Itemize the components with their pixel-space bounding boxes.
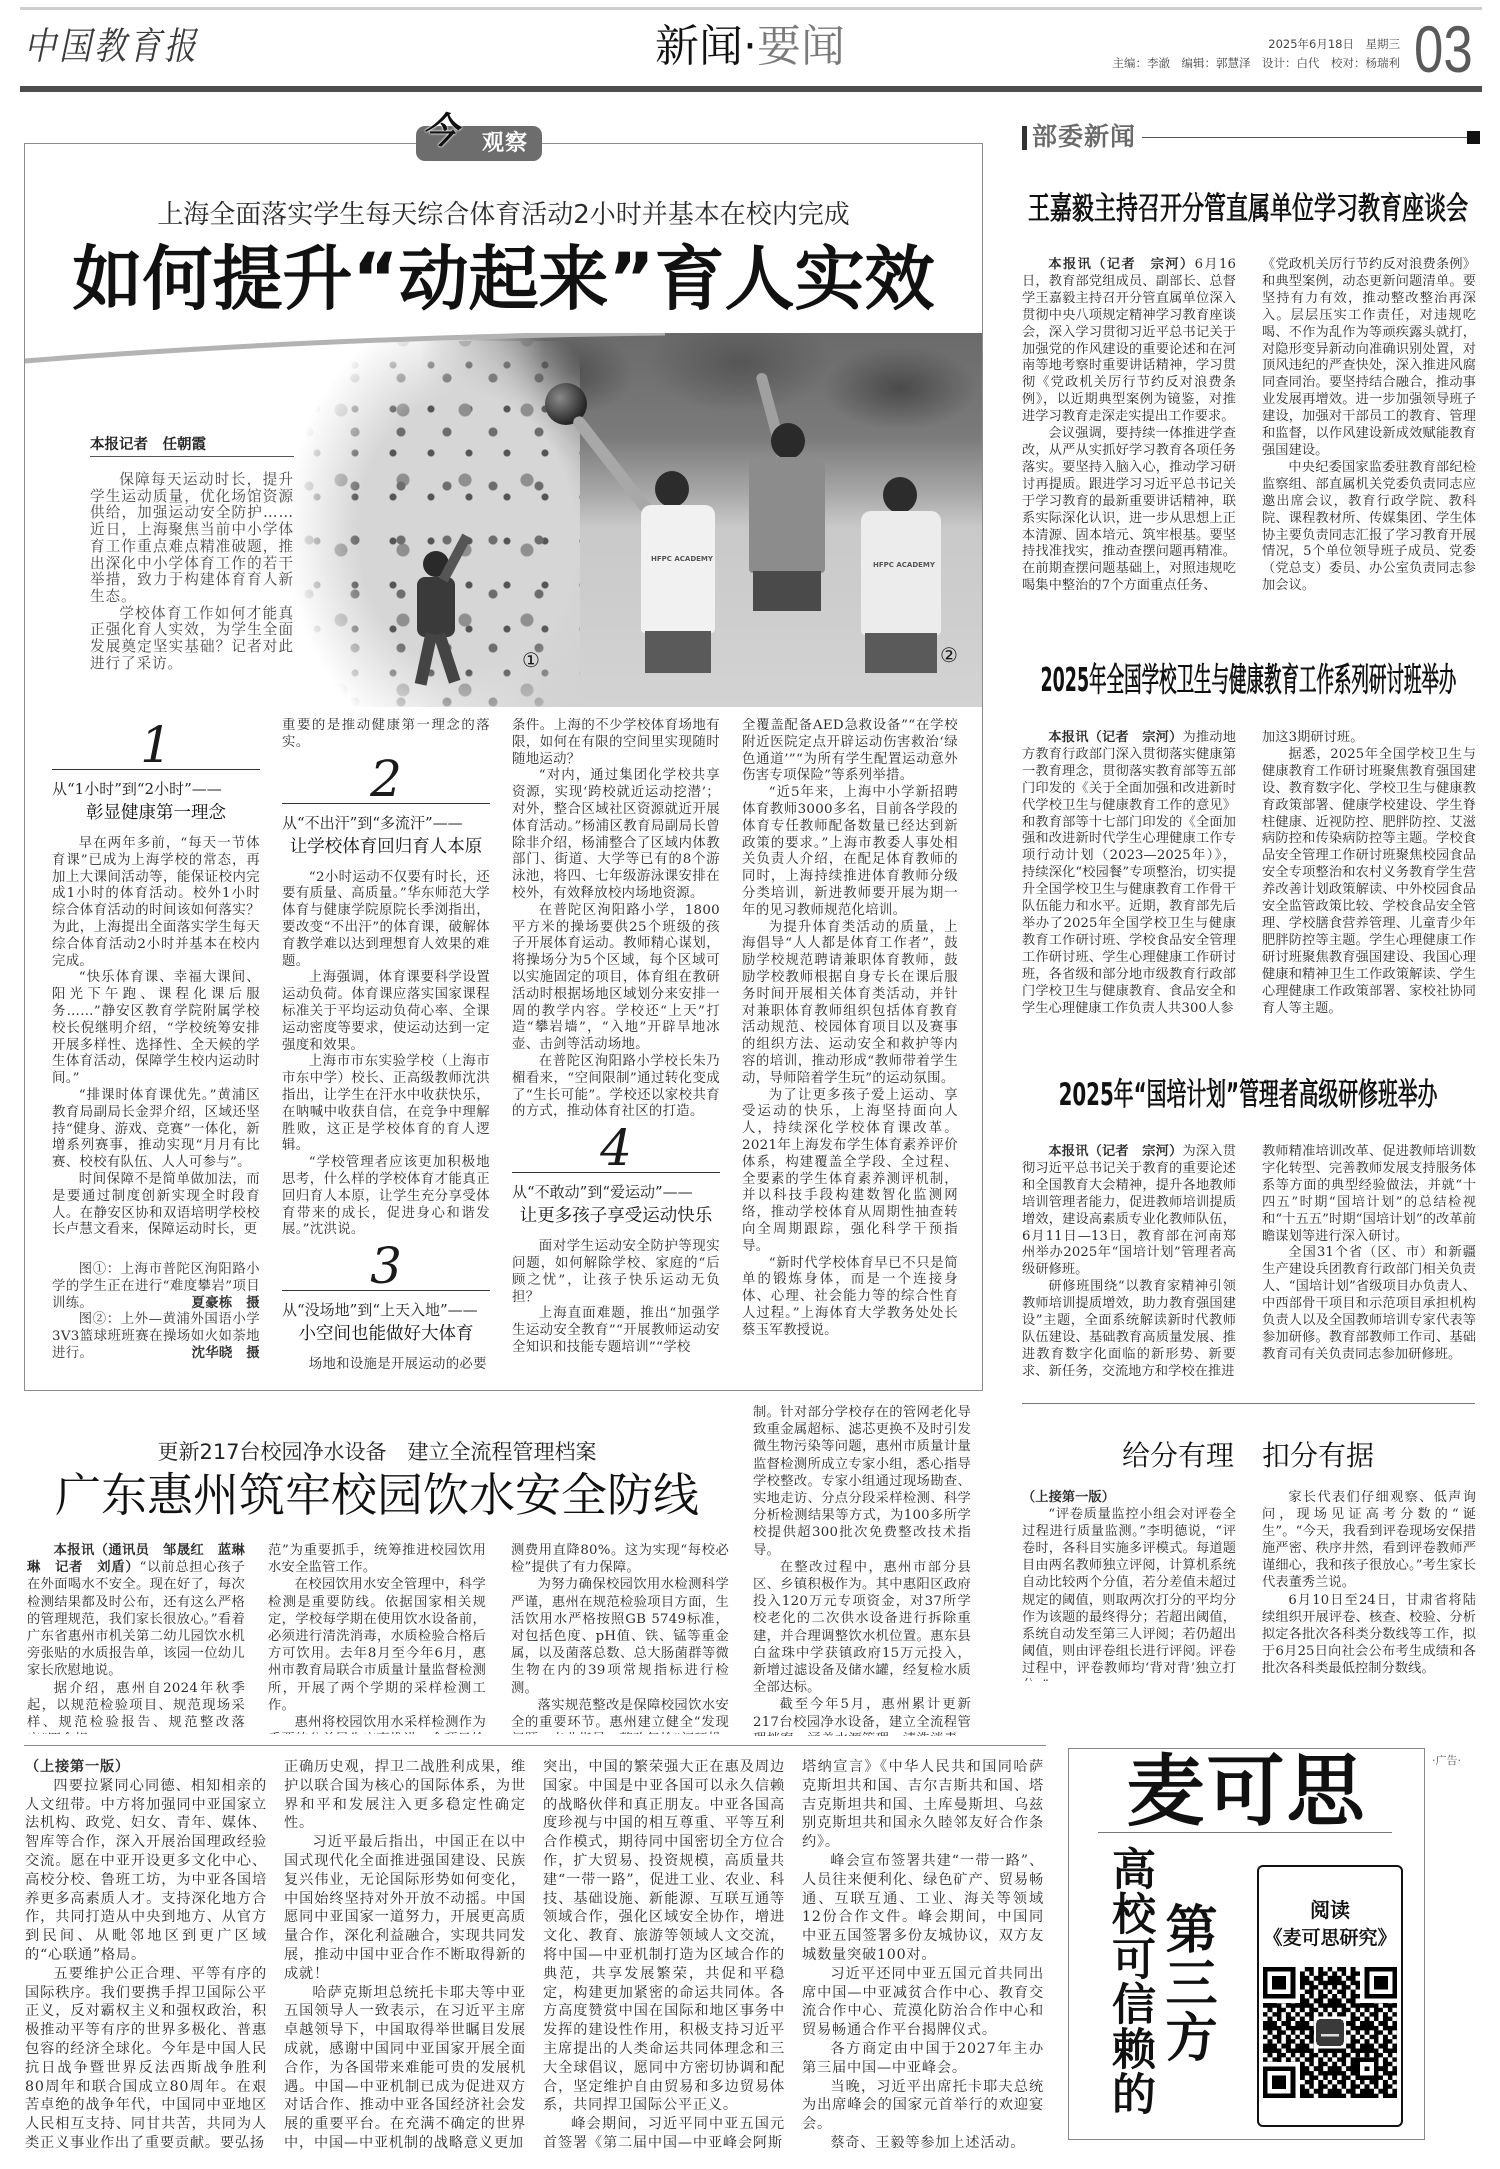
paragraph-continued-text: 测费用直降80%。这为实现“每校必检”提供了有力保障。 [511,1543,729,1575]
page-number: 03 [1414,14,1473,84]
section-square-icon [1467,131,1480,144]
paragraph-text: 6月16日，教育部党组成员、副部长、总督学王嘉毅主持召开分管直属单位深入贯彻中央… [1022,257,1236,424]
paragraph-text: “新时代学校体育早已不只是简单的锻炼身体，而是一个连接身体、心理、社会能力等的综… [742,1256,958,1338]
section-kicker-text: 从“不敢动”到“爱运动”—— [512,1183,693,1201]
paragraph: 惠州将校园饮用水采样检测作为重要的公益民生实事推进，全项目检 [268,1714,486,1734]
issue-date: 2025年6月18日 星期三 [1268,37,1400,51]
feature-column-1: 1从“1小时”到“2小时”——彰显健康第一理念早在两年多前，“每天一节体育课”已… [52,718,260,1258]
student-shorts [753,571,821,611]
student-head [771,423,805,459]
paragraph: 会议强调，要持续一体推进学查改，从严从实抓好学习教育各项任务落实。要坚持入脑入心… [1022,426,1236,595]
paragraph: “近5年来，上海中小学新招聘体育教师3000多名，目前各学段的体育专任教师配备数… [742,785,958,919]
paragraph-text: 会议强调，要持续一体推进学查改，从严从实抓好学习教育各项任务落实。要坚持入脑入心… [1022,426,1236,593]
paragraph-text: 当晚，习近平出席托卡耶夫总统为出席峰会的国家元首举行的欢迎宴会。 [802,2079,1044,2133]
dateline: 本报讯（记者 宗河）为推动地方教育行政部门深入贯彻落实健康第一教育理念，贯彻落实… [1022,730,1236,1017]
paragraph-continued-text: 教师精准培训改革、促进教师培训数字化转型、完善教师发展支持服务体系等方面的典型经… [1262,1144,1476,1244]
paragraph: 据悉，2025年全国学校卫生与健康教育工作研讨班聚焦教育强国建设、教育数字化、学… [1262,747,1476,1018]
paragraph: 在普陀区洵阳路小学，1800平方米的操场要供25个班级的孩子开展体育运动。教师精… [512,903,720,1054]
article-title-wrap: 给分有理 扣分有据 [748,1440,1500,1476]
paragraph: 时间保障不是简单做加法，而是要通过制度创新实现全时段育人。在静安区协和双语培明学… [52,1172,260,1239]
paragraph: 保障每天运动时长，提升学生运动质量，优化场馆资源供给，加强运动安全防护……近日，… [90,472,294,606]
section-number: 4 [512,1123,720,1173]
article-column: 本报讯（记者 宗河）为深入贯彻习近平总书记关于教育的重要论述和全国教育大会精神，… [1022,1144,1236,1384]
summit-column-4: 塔纳宣言》《中华人民共和国同哈萨克斯坦共和国、吉尔吉斯共和国、塔吉克斯坦共和国、… [802,1758,1044,2160]
paragraph-continued-text: 突出，中国的繁荣强大正在惠及周边国家。中国是中亚各国可以永久信赖的战略伙伴和真正… [543,1759,785,2113]
dateline-text: 本报讯（记者 宗河） [1048,257,1194,272]
feature-lead: 保障每天运动时长，提升学生运动质量，优化场馆资源供给，加强运动安全防护……近日，… [90,472,294,672]
section-number: 3 [282,1241,490,1291]
paragraph-text: “快乐体育课、幸福大课间、阳光下午跑、课程化课后服务……”静安区教育学院附属学校… [52,970,260,1086]
section-heading: 小空间也能做好大体育 [282,1321,490,1347]
paragraph: 上海市市东实验学校（上海市市东中学）校长、正高级教师沈洪指出，让学生在汗水中收获… [282,1054,490,1155]
divider [1022,1403,1475,1404]
paragraph: “快乐体育课、幸福大课间、阳光下午跑、课程化课后服务……”静安区教育学院附属学校… [52,970,260,1088]
paragraph-text: 截至今年5月，惠州累计更新217台校园净水设备，建立全流程管理档案，涵盖水源管理… [753,1697,971,1736]
dateline-text: 本报讯（记者 宗河） [1048,730,1182,745]
paragraph-continued-text: 重要的是推动健康第一理念的落实。 [282,718,490,750]
article-column: 加这3期研讨班。据悉，2025年全国学校卫生与健康教育工作研讨班聚焦教育强国建设… [1262,730,1476,1020]
editorial-staff: 主编：李澈 编辑：郭慧泽 设计：白代 校对：杨瑞利 [1113,56,1401,70]
paragraph-text: “近5年来，上海中小学新招聘体育教师3000多名，目前各学段的体育专任教师配备数… [742,785,958,918]
paragraph-text: 上海市市东实验学校（上海市市东中学）校长、正高级教师沈洪指出，让学生在汗水中收获… [282,1054,490,1153]
paragraph: 截至今年5月，惠州累计更新217台校园净水设备，建立全流程管理档案，涵盖水源管理… [753,1696,971,1736]
huizhou-column-2: 范”为重要抓手，统筹推进校园饮用水安全监管工作。在校园饮用水安全管理中，科学检测… [268,1542,486,1734]
feature-headline: 如何提升“动起来”育人实效 [24,240,983,318]
section-heading: 彰显健康第一理念 [52,800,260,826]
paragraph-continued: 《党政机关厉行节约反对浪费条例》和典型案例，动态更新问题清单。要坚持有力有效，推… [1262,257,1476,460]
student-head [655,471,689,507]
jersey-text: HFPC ACADEMY [873,561,935,569]
paragraph-text: 四要拉紧同心同德、相知相亲的人文纽带。中方将加强同中亚国家立法机构、政党、妇女、… [25,1778,267,1963]
paragraph-text: 据介绍，惠州自2024年秋季起，以规范检验项目、规范现场采样、规范检验报告、规范… [27,1681,245,1734]
climber-body [417,577,455,637]
article-title-wrap: 王嘉毅主持召开分管直属单位学习教育座谈会 [748,191,1500,232]
paragraph: “评卷质量监控小组会对评卷全过程进行质量监测。”李明德说，“评卷时，各科目实施多… [1022,1506,1236,1681]
paragraph-text: 上海强调，体育课要科学设置运动负荷。体育课应落实国家课程标准关于平均运动负荷心率… [282,970,490,1052]
jersey-text: HFPC ACADEMY [651,555,713,563]
paragraph-continued-text: 正确历史观，捍卫二战胜利成果，维护以联合国为核心的国际体系，为世界和平和发展注入… [284,1759,526,1831]
ad-tagline-vertical: 第三方 [1158,1902,1214,2064]
section-kicker: 从“1小时”到“2小时”—— [52,778,260,800]
paragraph: 为努力确保校园饮用水检测科学严谨，惠州在规范检验项目方面，生活饮用水严格按照GB… [511,1576,729,1696]
dateline: 本报讯（记者 宗河）6月16日，教育部党组成员、副部长、总督学王嘉毅主持召开分管… [1022,257,1236,426]
dateline-text: 本报讯（记者 宗河） [1048,1144,1182,1159]
paragraph-text: “对内，通过集团化学校共享资源，实现‘跨校就近运动挖潜’；对外，整合区域社区资源… [512,768,720,901]
paragraph: 蔡奇、王毅等参加上述活动。 [802,2134,1044,2153]
section-heading-text: 小空间也能做好大体育 [299,1324,474,1344]
qr-publication: 《麦可思研究》 [1259,1926,1401,1950]
paragraph-text: 在整改过程中，惠州市部分县区、乡镇积极作为。其中惠阳区政府投入120万元专项资金… [753,1560,971,1695]
divider [24,1745,1046,1746]
huizhou-headline: 广东惠州筑牢校园饮水安全防线 [27,1468,727,1522]
section-kicker: 从“不出汗”到“多流汗”—— [282,812,490,834]
summit-column-3: 突出，中国的繁荣强大正在惠及周边国家。中国是中亚各国可以永久信赖的战略伙伴和真正… [543,1758,785,2160]
photo-1-marker: ① [522,649,540,671]
article-title-wrap: 2025年“国培计划”管理者高级研修班举办 [748,1077,1500,1118]
masthead-top-rule [20,7,1482,10]
paragraph-text: 习近平还同中亚五国元首共同出席中国—中亚减贫合作中心、教育交流合作中心、荒漠化防… [802,1966,1044,2038]
qr-title: 阅读 [1259,1898,1401,1922]
section-number-text: 4 [600,1119,632,1177]
section-heading-text: 让学校体育回归育人本原 [290,837,483,857]
section-kicker-text: 从“没场地”到“上天入地”—— [282,1301,478,1319]
ad-tagline-vertical: 高校可信赖的 [1105,1846,1153,2116]
paragraph-text: 6月10日至24日，甘肃省将陆续组织开展评卷、核查、校验、分析拟定各批次各科类分… [1262,1593,1476,1676]
section-number-text: 2 [370,750,402,808]
section-primary: 新闻 [655,21,743,72]
ad-divider [1098,1832,1392,1833]
paragraph-text: 峰会期间，习近平同中亚五国元首签署《第二届中国—中亚峰会阿斯 [543,2116,785,2151]
section-heading-text: 让更多孩子享受运动快乐 [520,1206,713,1226]
continuation-note-text: （上接第一版） [25,1759,130,1775]
masthead-bottom-rule [20,86,1482,92]
paragraph-text: 哈萨克斯坦总统托卡耶夫等中亚五国领导人一致表示，在习近平主席卓越领导下，中国取得… [284,1985,526,2151]
paragraph: 上海直面难题，推出“加强学生运动安全教育”“开展教师运动安全知识和技能专题培训”… [512,1306,720,1356]
paragraph-continued: 测费用直降80%。这为实现“每校必检”提供了有力保障。 [511,1542,729,1576]
article-column: 教师精准培训改革、促进教师培训数字化转型、完善教师发展支持服务体系等方面的典型经… [1262,1144,1476,1384]
paragraph-continued: 正确历史观，捍卫二战胜利成果，维护以联合国为核心的国际体系，为世界和平和发展注入… [284,1758,526,1833]
student-jersey [861,511,941,635]
paragraph: 研修班围绕“以教育家精神引领教师培训提质增效，助力教育强国建设”主题，全面系统解… [1022,1279,1236,1380]
section-heading-text: 彰显健康第一理念 [86,803,226,823]
section-separator-dot: · [743,21,757,72]
huizhou-column-1: 本报讯（通讯员 邹晟红 蓝琳琳 记者 刘盾）“以前总担心孩子在外面喝水不安全。现… [27,1542,245,1734]
paragraph: 面对学生运动安全防护等现实问题，如何解除学校、家庭的“后顾之忧”，让孩子快乐运动… [512,1239,720,1306]
paragraph-text: 保障每天运动时长，提升学生运动质量，优化场馆资源供给，加强运动安全防护……近日，… [90,471,294,605]
paragraph-text: 落实规范整改是保障校园饮水安全的重要环节。惠州建立健全“发现问题—专业指导—整改… [511,1698,729,1734]
paragraph: “排课时体育课优先。”黄浦区教育局副局长金羿介绍，区域还坚持“健身、游戏、竞赛”… [52,1088,260,1172]
scoring-headline: 给分有理 扣分有据 [1122,1440,1374,1472]
paragraph: 习近平最后指出，中国正在以中国式现代化全面推进强国建设、民族复兴伟业，无论国际形… [284,1833,526,1983]
paragraph-continued-text: 条件。上海的不少学校体育场地有限，如何在有限的空间里实现随时随地运动？ [512,718,720,767]
article-column: 本报讯（记者 宗河）为推动地方教育行政部门深入贯彻落实健康第一教育理念，贯彻落实… [1022,730,1236,1020]
section-number: 1 [52,720,260,770]
ad-label: ·广告· [1432,1754,1461,1767]
paragraph: 为提升体育类活动的质量，上海倡导“人人都是体育工作者”，鼓励学校规范聘请兼职体育… [742,920,958,1088]
section-label: 部委新闻 [1032,122,1136,152]
paragraph: 落实规范整改是保障校园饮水安全的重要环节。惠州建立健全“发现问题—专业指导—整改… [511,1697,729,1734]
paragraph: 四要拉紧同心同德、相知相亲的人文纽带。中方将加强同中亚国家立法机构、政党、妇女、… [25,1777,267,1965]
tag-glyph-icon: 今 [422,111,458,151]
paragraph: 当晚，习近平出席托卡耶夫总统为出席峰会的国家元首举行的欢迎宴会。 [802,2078,1044,2134]
paragraph: “2小时运动不仅要有时长，还要有质量、高质量。”华东师范大学体育与健康学院原院长… [282,870,490,971]
photo-credit-text: 沈华晓 摄 [192,1346,260,1361]
ad-brand: 麦可思 [1068,1750,1425,1834]
paragraph: 全国31个省（区、市）和新疆生产建设兵团教育行政部门相关负责人、“国培计划”省级… [1262,1245,1476,1363]
paragraph: “新时代学校体育早已不只是简单的锻炼身体，而是一个连接身体、心理、社会能力等的综… [742,1256,958,1340]
paragraph: 家长代表们仔细观察、低声询问，现场见证高考分数的“诞生”。“今天，我看到评卷现场… [1262,1489,1476,1592]
summit-column-1: （上接第一版）四要拉紧同心同德、相知相亲的人文纽带。中方将加强同中亚国家立法机构… [25,1758,267,2160]
newspaper-logo: 中国教育报 [24,20,199,72]
section-rule [1142,137,1468,138]
paragraph-continued: 重要的是推动健康第一理念的落实。 [282,718,490,752]
student-shorts [645,631,711,673]
paragraph: 早在两年多前，“每天一节体育课”已成为上海学校的常态，再加上大课间活动等，能保证… [52,836,260,970]
paragraph-text: 为深入贯彻习近平总书记关于教育的重要论述和全国教育大会精神，提升各地教师培训管理… [1022,1144,1236,1277]
paragraph-continued-text: 全覆盖配备AED急救设备”“在学校附近医院定点开辟运动伤害救治‘绿色通道’”“为… [742,718,958,783]
section-kicker-text: 从“不出汗”到“多流汗”—— [282,814,463,832]
paragraph-text: 上海直面难题，推出“加强学生运动安全教育”“开展教师运动安全知识和技能专题培训”… [512,1306,720,1355]
paragraph-continued-text: 制。针对部分学校存在的管网老化导致重金属超标、滤芯更换不及时引发微生物污染等问题… [753,1405,971,1558]
paragraph: 中央纪委国家监委驻教育部纪检监察组、部直属机关党委负责同志应邀出席会议，教育行政… [1262,460,1476,595]
paragraph: 峰会期间，习近平同中亚五国元首签署《第二届中国—中亚峰会阿斯 [543,2115,785,2153]
photo-swoosh-decoration [25,333,982,373]
paragraph-text: 为努力确保校园饮用水检测科学严谨，惠州在规范检验项目方面，生活饮用水严格按照GB… [511,1577,729,1695]
paragraph-text: 习近平最后指出，中国正在以中国式现代化全面推进强国建设、民族复兴伟业，无论国际形… [284,1834,526,1982]
paragraph: 学校体育工作如何才能真正强化育人实效，为学生全面发展奠定坚实基础？记者对此进行了… [90,606,294,673]
paragraph: 在普陀区洵阳路小学校长朱乃楣看来，“空间限制”通过转化变成了“生长可能”。学校还… [512,1054,720,1121]
paragraph-text: 全国31个省（区、市）和新疆生产建设兵团教育行政部门相关负责人、“国培计划”省级… [1262,1245,1476,1361]
section-kicker: 从“不敢动”到“爱运动”—— [512,1181,720,1203]
feature-byline: 本报记者 任朝霞 [90,436,294,457]
paragraph-text: 五要维护公正合理、平等有序的国际秩序。我们要携手捍卫国际公平正义，反对霸权主义和… [25,1966,267,2151]
qr-card: 阅读 《麦可思研究》 [1257,1865,1403,2127]
huizhou-subtitle: 更新217台校园净水设备 建立全流程管理档案 [27,1439,727,1465]
paragraph: 6月10日至24日，甘肃省将陆续组织开展评卷、核查、校验、分析拟定各批次各科类分… [1262,1592,1476,1677]
feature-column-2: 重要的是推动健康第一理念的落实。2从“不出汗”到“多流汗”——让学校体育回归育人… [282,718,490,1386]
photo-credit-text: 夏豪栋 摄 [192,1296,260,1311]
student-head [883,477,917,513]
paragraph: 在校园饮用水安全管理中，科学检测是重要防线。依据国家相关规定，学校每学期在使用饮… [268,1576,486,1714]
feature-column-4: 全覆盖配备AED急救设备”“在学校附近医院定点开辟运动伤害救治‘绿色通道’”“为… [742,718,958,1386]
paragraph-continued: 教师精准培训改革、促进教师培训数字化转型、完善教师发展支持服务体系等方面的典型经… [1262,1144,1476,1245]
paragraph-text: “以前总担心孩子在外面喝水不安全。现在好了，每次检测结果都及时公布，还有这么严格… [27,1560,245,1678]
continuation-note-text: （上接第一版） [1022,1490,1115,1505]
paragraph-text: 峰会宣布签署共建“一带一路”、人员往来便利化、绿色矿产、贸易畅通、互联互通、工业… [802,1853,1044,1963]
article-column: 本报讯（记者 宗河）6月16日，教育部党组成员、副部长、总督学王嘉毅主持召开分管… [1022,257,1236,597]
paragraph-continued: 加这3期研讨班。 [1262,730,1476,747]
student-jersey [749,457,825,573]
student-jersey [641,505,715,633]
paragraph: 在整改过程中，惠州市部分县区、乡镇积极作为。其中惠阳区政府投入120万元专项资金… [753,1559,971,1697]
paragraph: “对内，通过集团化学校共享资源，实现‘跨校就近运动挖潜’；对外，整合区域社区资源… [512,768,720,902]
paragraph-continued: 条件。上海的不少学校体育场地有限，如何在有限的空间里实现随时随地运动？ [512,718,720,768]
article-title-wrap: 2025年全国学校卫生与健康教育工作系列研讨班举办 [748,662,1500,704]
continuation-note: （上接第一版） [1022,1489,1236,1506]
paragraph: 五要维护公正合理、平等有序的国际秩序。我们要携手捍卫国际公平正义，反对霸权主义和… [25,1965,267,2153]
article-title: 2025年全国学校卫生与健康教育工作系列研讨班举办 [1040,662,1456,698]
paragraph-text: 在校园饮用水安全管理中，科学检测是重要防线。依据国家相关规定，学校每学期在使用饮… [268,1577,486,1712]
paragraph-continued-text: 范”为重要抓手，统筹推进校园饮用水安全监管工作。 [268,1543,486,1575]
scoring-column-1: （上接第一版）“评卷质量监控小组会对评卷全过程进行质量监测。”李明德说，“评卷时… [1022,1489,1236,1681]
paragraph: “学校管理者应该更加积极地思考，什么样的学校体育才能真正回归育人本原，让学生充分… [282,1155,490,1239]
paragraph-text: 为推动地方教育行政部门深入贯彻落实健康第一教育理念，贯彻落实教育部等五部门印发的… [1022,730,1236,1016]
page-section-title: 新闻·要闻 [560,20,940,74]
continuation-note: （上接第一版） [25,1758,267,1777]
dateline: 本报讯（记者 宗河）为深入贯彻习近平总书记关于教育的重要论述和全国教育大会精神，… [1022,1144,1236,1279]
paragraph-text: 研修班围绕“以教育家精神引领教师培训提质增效，助力教育强国建设”主题，全面系统解… [1022,1279,1236,1379]
paragraph-text: 中央纪委国家监委驻教育部纪检监察组、部直属机关党委负责同志应邀出席会议，教育行政… [1262,460,1476,593]
article-column: 《党政机关厉行节约反对浪费条例》和典型案例，动态更新问题清单。要坚持有力有效，推… [1262,257,1476,597]
summit-column-2: 正确历史观，捍卫二战胜利成果，维护以联合国为核心的国际体系，为世界和平和发展注入… [284,1758,526,2160]
section-kicker-text: 从“1小时”到“2小时”—— [52,780,222,798]
paragraph-text: 学校体育工作如何才能真正强化育人实效，为学生全面发展奠定坚实基础？记者对此进行了… [90,605,294,672]
qr-code-icon [1263,1967,1397,2098]
feature-column-3: 条件。上海的不少学校体育场地有限，如何在有限的空间里实现随时随地运动？“对内，通… [512,718,720,1386]
paragraph-continued: 全覆盖配备AED急救设备”“在学校附近医院定点开辟运动伤害救治‘绿色通道’”“为… [742,718,958,785]
paragraph: 场地和设施是开展运动的必要 [282,1357,490,1374]
paragraph-continued: 制。针对部分学校存在的管网老化导致重金属超标、滤芯更换不及时引发微生物污染等问题… [753,1404,971,1559]
section-number: 2 [282,754,490,804]
paragraph: 上海强调，体育课要科学设置运动负荷。体育课应落实国家课程标准关于平均运动负荷心率… [282,970,490,1054]
paragraph-text: “评卷质量监控小组会对评卷全过程进行质量监测。”李明德说，“评卷时，各科目实施多… [1022,1507,1236,1681]
paragraph-text: “排课时体育课优先。”黄浦区教育局副局长金羿介绍，区域还坚持“健身、游戏、竞赛”… [52,1088,260,1170]
section-secondary: 要闻 [757,21,845,72]
paragraph-text: 场地和设施是开展运动的必要 [309,1357,487,1372]
article-title: 王嘉毅主持召开分管直属单位学习教育座谈会 [1028,191,1468,227]
tag-label: 观察 [482,129,528,158]
paragraph-text: “学校管理者应该更加积极地思考，什么样的学校体育才能真正回归育人本原，让学生充分… [282,1155,490,1237]
dateline: 本报讯（通讯员 邹晟红 蓝琳琳 记者 刘盾）“以前总担心孩子在外面喝水不安全。现… [27,1542,245,1680]
paragraph: 据介绍，惠州自2024年秋季起，以规范检验项目、规范现场采样、规范检验报告、规范… [27,1680,245,1734]
paragraph-continued: 范”为重要抓手，统筹推进校园饮用水安全监管工作。 [268,1542,486,1576]
photo-captions: 图①：上海市普陀区洵阳路小学的学生正在进行“难度攀岩”项目训练。夏豪栋 摄图②：… [52,1262,260,1363]
paragraph-text: 早在两年多前，“每天一节体育课”已成为上海学校的常态，再加上大课间活动等，能保证… [52,836,260,969]
paragraph-continued-text: 塔纳宣言》《中华人民共和国同哈萨克斯坦共和国、吉尔吉斯共和国、塔吉克斯坦共和国、… [802,1759,1044,1850]
section-bar-icon [1022,126,1027,150]
section-number-text: 1 [140,718,172,774]
paragraph-text: 据悉，2025年全国学校卫生与健康教育工作研讨班聚焦教育强国建设、教育数字化、学… [1262,747,1476,1016]
paragraph-text: 在普陀区洵阳路小学校长朱乃楣看来，“空间限制”通过转化变成了“生长可能”。学校还… [512,1054,720,1119]
paragraph-text: 蔡奇、王毅等参加上述活动。 [830,2135,1025,2151]
paragraph-text: 家长代表们仔细观察、低声询问，现场见证高考分数的“诞生”。“今天，我看到评卷现场… [1262,1490,1476,1590]
paragraph-text: 为提升体育类活动的质量，上海倡导“人人都是体育工作者”，鼓励学校规范聘请兼职体育… [742,920,958,1086]
paragraph-text: 时间保障不是简单做加法，而是要通过制度创新实现全时段育人。在静安区协和双语培明学… [52,1172,260,1237]
paragraph: 各方商定由中国于2027年主办第三届中国—中亚峰会。 [802,2040,1044,2078]
huizhou-column-3: 测费用直降80%。这为实现“每校必检”提供了有力保障。为努力确保校园饮用水检测科… [511,1542,729,1734]
paragraph-continued: 塔纳宣言》《中华人民共和国同哈萨克斯坦共和国、吉尔吉斯共和国、塔吉克斯坦共和国、… [802,1758,1044,1852]
article-title: 2025年“国培计划”管理者高级研修班举办 [1059,1077,1438,1113]
paragraph-text: 惠州将校园饮用水采样检测作为重要的公益民生实事推进，全项目检 [268,1715,486,1734]
paragraph-text: 各方商定由中国于2027年主办第三届中国—中亚峰会。 [802,2041,1044,2076]
column-tag: 今 观察 [416,126,542,161]
paragraph-continued-text: 《党政机关厉行节约反对浪费条例》和典型案例，动态更新问题清单。要坚持有力有效，推… [1262,257,1476,458]
paragraph: 峰会宣布签署共建“一带一路”、人员往来便利化、绿色矿产、贸易畅通、互联互通、工业… [802,1852,1044,1965]
section-heading: 让更多孩子享受运动快乐 [512,1203,720,1229]
paragraph-text: 面对学生运动安全防护等现实问题，如何解除学校、家庭的“后顾之忧”，让孩子快乐运动… [512,1239,720,1304]
paragraph-continued-text: 加这3期研讨班。 [1262,730,1364,745]
paragraph: 哈萨克斯坦总统托卡耶夫等中亚五国领导人一致表示，在习近平主席卓越领导下，中国取得… [284,1984,526,2153]
paragraph-continued: 突出，中国的繁荣强大正在惠及周边国家。中国是中亚各国可以永久信赖的战略伙伴和真正… [543,1758,785,2115]
section-kicker: 从“没场地”到“上天入地”—— [282,1299,490,1321]
section-heading: 让学校体育回归育人本原 [282,834,490,860]
paragraph-text: “2小时运动不仅要有时长，还要有质量、高质量。”华东师范大学体育与健康学院原院长… [282,870,490,969]
scoring-column-2: 家长代表们仔细观察、低声询问，现场见证高考分数的“诞生”。“今天，我看到评卷现场… [1262,1489,1476,1681]
paragraph-text: 在普陀区洵阳路小学，1800平方米的操场要供25个班级的孩子开展体育运动。教师精… [512,903,720,1052]
section-number-text: 3 [370,1237,402,1295]
paragraph: 习近平还同中亚五国元首共同出席中国—中亚减贫合作中心、教育交流合作中心、荒漠化防… [802,1965,1044,2040]
